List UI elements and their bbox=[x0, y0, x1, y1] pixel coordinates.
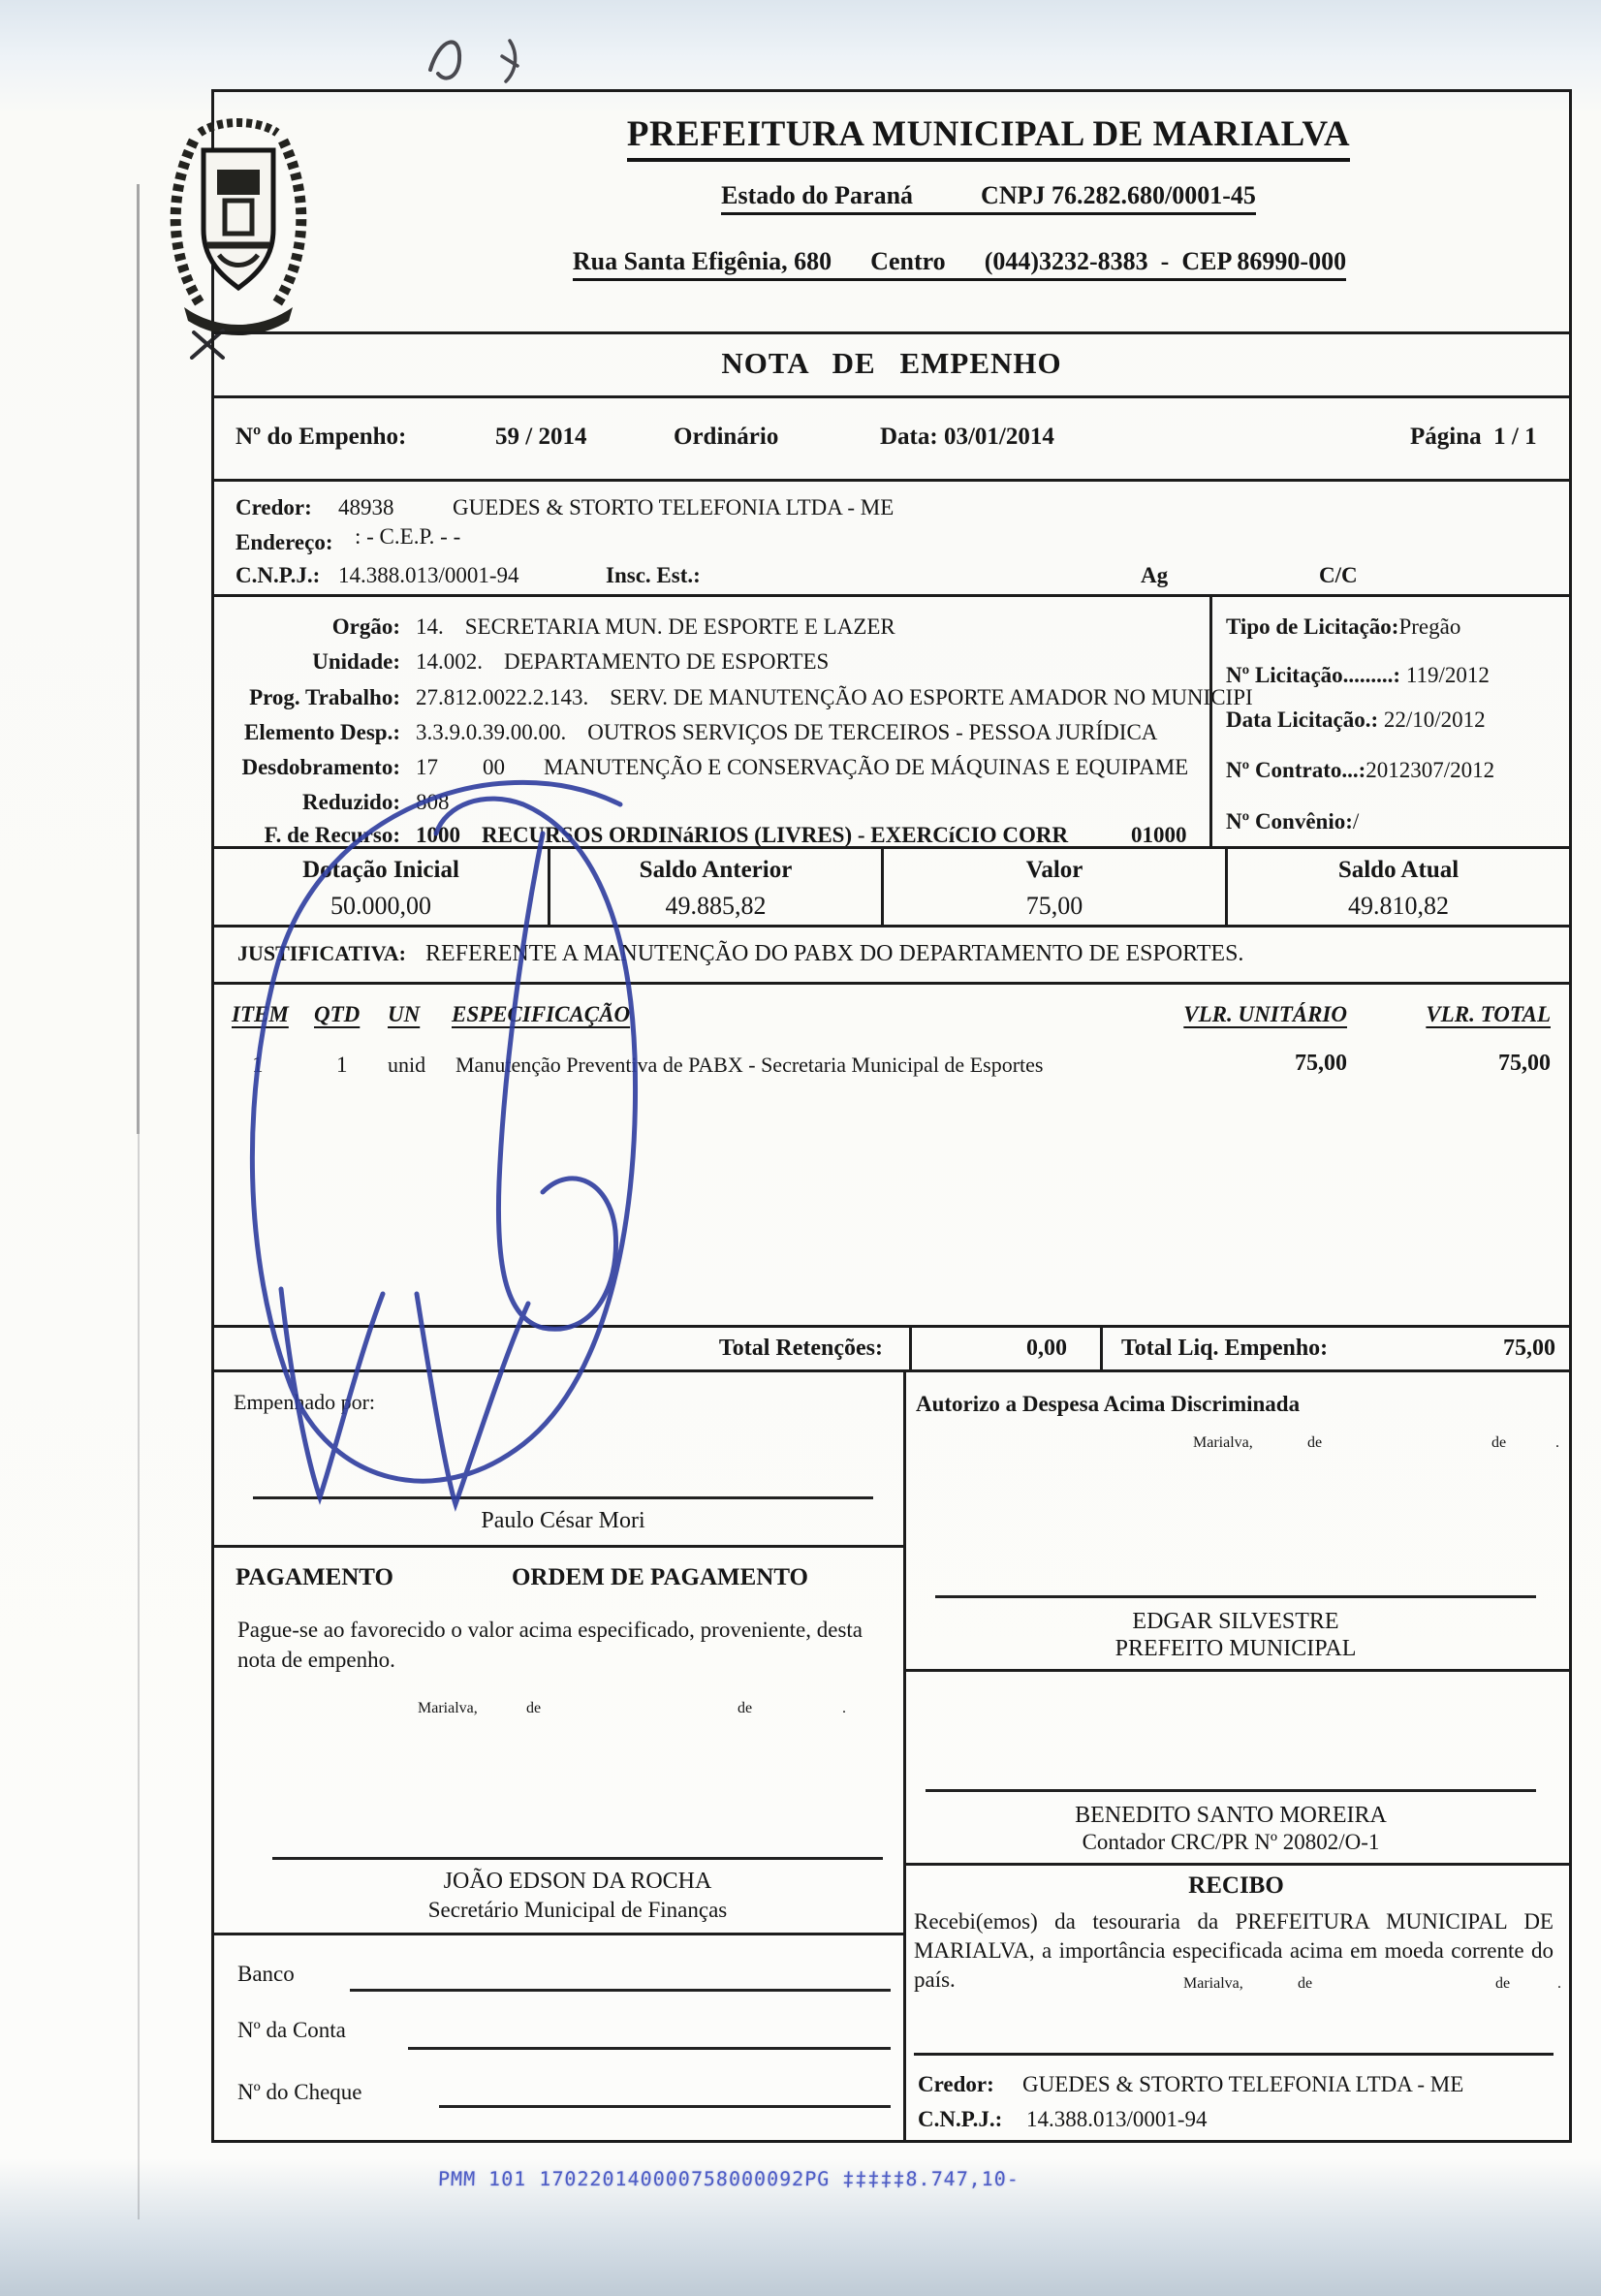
budget-row-prog-trabalho: Prog. Trabalho:27.812.0022.2.143.SERV. D… bbox=[224, 685, 1191, 710]
col-value: 75,00 bbox=[884, 892, 1225, 921]
banco-label: Banco bbox=[237, 1962, 295, 1987]
row-code: 3.3.9.0.39.00.00. bbox=[416, 720, 566, 744]
row-code: 17 bbox=[416, 755, 438, 779]
recibo-credor-name: GUEDES & STORTO TELEFONIA LTDA - ME bbox=[1022, 2072, 1463, 2097]
row-label: Prog. Trabalho: bbox=[224, 685, 400, 710]
lic-value: 2012307/2012 bbox=[1366, 758, 1494, 782]
recibo-title: RECIBO bbox=[903, 1872, 1569, 1900]
item-description: Manutenção Preventiva de PABX - Secretar… bbox=[455, 1053, 1043, 1078]
item-qty: 1 bbox=[336, 1053, 348, 1078]
lic-row-tipo: Tipo de Licitação:Pregão bbox=[1226, 614, 1460, 640]
item-unit-value: 75,00 bbox=[1173, 1051, 1347, 1077]
item-unit: unid bbox=[388, 1053, 425, 1078]
row-label: Unidade: bbox=[224, 649, 400, 675]
col-header: Valor bbox=[884, 857, 1225, 884]
dotacao-col-saldo-atual: Saldo Atual 49.810,82 bbox=[1228, 849, 1569, 925]
ordem-de-pagamento-title: ORDEM DE PAGAMENTO bbox=[456, 1564, 863, 1591]
city-of1: de bbox=[1307, 1434, 1322, 1452]
signer-benedito-role: Contador CRC/PR Nº 20802/O-1 bbox=[926, 1830, 1536, 1855]
cnpj-label: C.N.P.J.: bbox=[235, 563, 320, 588]
scanned-document-page: { "header": { "title": "PREFEITURA MUNIC… bbox=[0, 0, 1601, 2296]
items-header-item: ITEM bbox=[232, 1002, 289, 1027]
doc-title: NOTA DE EMPENHO bbox=[214, 346, 1569, 381]
page-value: 1 / 1 bbox=[1493, 424, 1536, 450]
state-cnpj-line: Estado do ParanáCNPJ 76.282.680/0001-45 bbox=[721, 181, 1256, 215]
budget-band: Orgão:14.SECRETARIA MUN. DE ESPORTE E LA… bbox=[211, 594, 1572, 849]
cheque-label: Nº do Cheque bbox=[237, 2080, 362, 2105]
ag-label: Ag bbox=[1141, 563, 1168, 588]
date-value: 03/01/2014 bbox=[944, 424, 1054, 450]
header-subline: Estado do ParanáCNPJ 76.282.680/0001-45 bbox=[427, 181, 1550, 215]
lic-row-contrato: Nº Contrato...:2012307/2012 bbox=[1226, 758, 1494, 783]
endereco-label: Endereço: bbox=[235, 530, 333, 555]
justificativa-line: JUSTIFICATIVA: REFERENTE A MANUTENÇÃO DO… bbox=[237, 941, 1243, 967]
signature-line-financas bbox=[272, 1857, 883, 1860]
total-retencoes-label: Total Retenções: bbox=[621, 1336, 883, 1362]
pagamento-body-text: Pague-se ao favorecido o valor acima esp… bbox=[237, 1615, 872, 1675]
row-code: 14.002. bbox=[416, 649, 483, 674]
conta-label: Nº da Conta bbox=[237, 2018, 346, 2043]
lic-label: Nº Contrato...: bbox=[1226, 758, 1366, 782]
budget-row-elemento: Elemento Desp.:3.3.9.0.39.00.00.OUTROS S… bbox=[224, 720, 1191, 745]
row-desc: RECURSOS ORDINáRIOS (LIVRES) - EXERCíCIO… bbox=[482, 823, 1068, 847]
col-header: Dotação Inicial bbox=[214, 857, 548, 884]
empenho-number: 59 / 2014 bbox=[495, 424, 586, 451]
col-header: Saldo Atual bbox=[1228, 857, 1569, 884]
signer-benedito: BENEDITO SANTO MOREIRA bbox=[926, 1803, 1536, 1829]
dash: - bbox=[1161, 247, 1170, 275]
row-label: F. de Recurso: bbox=[224, 823, 400, 848]
justificativa-text: REFERENTE A MANUTENÇÃO DO PABX DO DEPART… bbox=[425, 941, 1243, 966]
empenho-info-band: Nº do Empenho: 59 / 2014 Ordinário Data:… bbox=[211, 395, 1572, 482]
state-label: Estado do Paraná bbox=[721, 181, 913, 209]
budget-row-desdobramento: Desdobramento:1700MANUTENÇÃO E CONSERVAÇ… bbox=[224, 755, 1191, 780]
row-code: 14. bbox=[416, 614, 444, 639]
lic-row-numero: Nº Licitação.........: 119/2012 bbox=[1226, 663, 1490, 688]
header-title-wrap: PREFEITURA MUNICIPAL DE MARIALVA bbox=[427, 113, 1550, 162]
row-code2: 00 bbox=[483, 755, 505, 779]
row-label: Reduzido: bbox=[224, 790, 400, 815]
pagamento-title: PAGAMENTO bbox=[235, 1564, 393, 1591]
row-code: 808 bbox=[416, 790, 450, 814]
header-box: PREFEITURA MUNICIPAL DE MARIALVA Estado … bbox=[211, 89, 1572, 334]
f-recurso-extra-code: 01000 bbox=[1131, 823, 1187, 848]
scan-edge-artifact bbox=[137, 184, 140, 1134]
signer-joao-role: Secretário Municipal de Finanças bbox=[272, 1898, 883, 1923]
scan-edge-artifact bbox=[138, 1134, 140, 2219]
row-code: 27.812.0022.2.143. bbox=[416, 685, 588, 709]
recibo-credor-divider bbox=[914, 2053, 1554, 2056]
endereco-value: : - C.E.P. - - bbox=[355, 524, 460, 550]
header-address-line: Rua Santa Efigênia, 680Centro(044)3232-8… bbox=[369, 247, 1550, 281]
city-dot: . bbox=[1557, 1975, 1561, 1993]
items-header-vlr-unitario: VLR. UNITÁRIO bbox=[1173, 1002, 1347, 1027]
dotacao-band: Dotação Inicial 50.000,00 Saldo Anterior… bbox=[211, 846, 1572, 928]
prefeito-section-divider bbox=[903, 1669, 1569, 1672]
cnpj-value: 14.388.013/0001-94 bbox=[338, 563, 519, 588]
dotacao-col-valor: Valor 75,00 bbox=[884, 849, 1228, 925]
conta-fill-line bbox=[408, 2047, 891, 2050]
doc-title-band: NOTA DE EMPENHO bbox=[211, 331, 1572, 398]
items-header-vlr-total: VLR. TOTAL bbox=[1396, 1002, 1551, 1027]
totals-divider-1 bbox=[909, 1328, 912, 1369]
row-label: Orgão: bbox=[224, 614, 400, 640]
lic-label: Nº Convênio: bbox=[1226, 809, 1353, 833]
col-value: 49.810,82 bbox=[1228, 892, 1569, 921]
city-name: Marialva, bbox=[1183, 1975, 1243, 1993]
column-divider bbox=[903, 1372, 906, 2140]
recibo-credor-label: Credor: bbox=[918, 2072, 994, 2097]
district: Centro bbox=[870, 247, 946, 275]
city-of2: de bbox=[738, 1700, 752, 1717]
signature-line-contador bbox=[926, 1789, 1536, 1792]
city-of1: de bbox=[526, 1700, 541, 1717]
empenho-date: Data: 03/01/2014 bbox=[880, 424, 1054, 451]
row-code: 1000 bbox=[416, 823, 460, 847]
total-retencoes-value: 0,00 bbox=[951, 1336, 1067, 1362]
items-header-espec: ESPECIFICAÇÃO bbox=[452, 1002, 630, 1027]
items-header-un: UN bbox=[388, 1002, 420, 1027]
signer-edgar-silvestre: EDGAR SILVESTRE bbox=[935, 1609, 1536, 1635]
row-desc: MANUTENÇÃO E CONSERVAÇÃO DE MÁQUINAS E E… bbox=[544, 755, 1188, 779]
licitacao-box: Tipo de Licitação:Pregão Nº Licitação...… bbox=[1209, 597, 1569, 846]
justificativa-label: JUSTIFICATIVA: bbox=[237, 941, 406, 965]
row-desc: SERV. DE MANUTENÇÃO AO ESPORTE AMADOR NO… bbox=[610, 685, 1252, 709]
pagamento-top-divider bbox=[214, 1545, 903, 1548]
date-label: Data: bbox=[880, 424, 938, 450]
insc-est-label: Insc. Est.: bbox=[606, 563, 701, 588]
phone: (044)3232-8383 bbox=[985, 247, 1148, 275]
recibo-section-divider bbox=[903, 1863, 1569, 1866]
items-band: ITEM QTD UN ESPECIFICAÇÃO VLR. UNITÁRIO … bbox=[211, 982, 1572, 1328]
page-label: Página bbox=[1410, 424, 1482, 450]
dot-matrix-stamp: PMM 101 170220140000758000092PG ‡‡‡‡‡8.7… bbox=[438, 2167, 1020, 2190]
row-desc: OUTROS SERVIÇOS DE TERCEIROS - PESSOA JU… bbox=[587, 720, 1157, 744]
credor-band: Credor: 48938 GUEDES & STORTO TELEFONIA … bbox=[211, 479, 1572, 597]
total-liquido-value: 75,00 bbox=[1416, 1336, 1555, 1362]
city-of2: de bbox=[1495, 1975, 1510, 1993]
empenho-number-label: Nº do Empenho: bbox=[235, 424, 406, 451]
lic-label: Tipo de Licitação: bbox=[1226, 614, 1398, 639]
credor-code: 48938 bbox=[338, 495, 394, 520]
item-total-value: 75,00 bbox=[1396, 1051, 1551, 1077]
signature-line-prefeito bbox=[935, 1595, 1536, 1598]
lic-label: Data Licitação.: bbox=[1226, 708, 1378, 732]
recibo-cnpj-label: C.N.P.J.: bbox=[918, 2107, 1002, 2132]
org-title: PREFEITURA MUNICIPAL DE MARIALVA bbox=[627, 113, 1350, 162]
signer-edgar-role: PREFEITO MUNICIPAL bbox=[935, 1636, 1536, 1662]
col-header: Saldo Anterior bbox=[550, 857, 881, 884]
col-value: 50.000,00 bbox=[214, 892, 548, 921]
signer-joao-edson: JOÃO EDSON DA ROCHA bbox=[272, 1869, 883, 1895]
city-of2: de bbox=[1491, 1434, 1506, 1452]
budget-row-unidade: Unidade:14.002.DEPARTAMENTO DE ESPORTES bbox=[224, 649, 1191, 675]
justificativa-band: JUSTIFICATIVA: REFERENTE A MANUTENÇÃO DO… bbox=[211, 925, 1572, 985]
lic-value: Pregão bbox=[1398, 614, 1460, 639]
signature-line-empenhado bbox=[253, 1496, 873, 1499]
city-name: Marialva, bbox=[1193, 1434, 1253, 1452]
budget-row-reduzido: Reduzido:808 bbox=[224, 790, 1191, 815]
street: Rua Santa Efigênia, 680 bbox=[573, 247, 832, 275]
row-desc: DEPARTAMENTO DE ESPORTES bbox=[504, 649, 829, 674]
credor-name: GUEDES & STORTO TELEFONIA LTDA - ME bbox=[453, 495, 894, 520]
dotacao-col-inicial: Dotação Inicial 50.000,00 bbox=[214, 849, 550, 925]
page-indicator: Página 1 / 1 bbox=[1410, 424, 1537, 451]
budget-row-f-recurso: F. de Recurso:1000RECURSOS ORDINáRIOS (L… bbox=[224, 823, 1191, 848]
pen-mark bbox=[417, 23, 552, 97]
coat-of-arms-logo bbox=[161, 100, 316, 360]
city-dot: . bbox=[842, 1700, 846, 1717]
lic-row-data: Data Licitação.: 22/10/2012 bbox=[1226, 708, 1486, 733]
city-dot: . bbox=[1555, 1434, 1559, 1452]
signatures-band: Empenhado por: Paulo César Mori PAGAMENT… bbox=[211, 1369, 1572, 2143]
budget-row-orgao: Orgão:14.SECRETARIA MUN. DE ESPORTE E LA… bbox=[224, 614, 1191, 640]
banco-fill-line bbox=[350, 1989, 891, 1992]
credor-label: Credor: bbox=[235, 495, 312, 520]
address-line: Rua Santa Efigênia, 680Centro(044)3232-8… bbox=[573, 247, 1346, 281]
org-cnpj: CNPJ 76.282.680/0001-45 bbox=[981, 181, 1256, 209]
lic-row-convenio: Nº Convênio:/ bbox=[1226, 809, 1359, 834]
items-header-qtd: QTD bbox=[314, 1002, 360, 1027]
col-value: 49.885,82 bbox=[550, 892, 881, 921]
cc-label: C/C bbox=[1319, 563, 1358, 588]
banco-section-divider bbox=[214, 1933, 903, 1935]
empenhado-por-label: Empenhado por: bbox=[234, 1390, 375, 1415]
signer-paulo-cesar-mori: Paulo César Mori bbox=[253, 1508, 873, 1534]
city-of1: de bbox=[1298, 1975, 1312, 1993]
cep: CEP 86990-000 bbox=[1181, 247, 1346, 275]
lic-value: / bbox=[1353, 809, 1359, 833]
row-label: Elemento Desp.: bbox=[224, 720, 400, 745]
lic-value: 119/2012 bbox=[1406, 663, 1490, 687]
cheque-fill-line bbox=[439, 2105, 891, 2108]
dotacao-col-saldo-anterior: Saldo Anterior 49.885,82 bbox=[550, 849, 884, 925]
row-desc: SECRETARIA MUN. DE ESPORTE E LAZER bbox=[465, 614, 895, 639]
totals-divider-2 bbox=[1100, 1328, 1103, 1369]
item-number: 1 bbox=[252, 1053, 264, 1078]
autorizo-title: Autorizo a Despesa Acima Discriminada bbox=[916, 1392, 1300, 1417]
totals-band: Total Retenções: 0,00 Total Liq. Empenho… bbox=[211, 1325, 1572, 1372]
empenho-type: Ordinário bbox=[674, 424, 778, 451]
lic-label: Nº Licitação.........: bbox=[1226, 663, 1400, 687]
recibo-cnpj-value: 14.388.013/0001-94 bbox=[1026, 2107, 1208, 2132]
total-liquido-label: Total Liq. Empenho: bbox=[1121, 1336, 1328, 1362]
lic-value: 22/10/2012 bbox=[1384, 708, 1486, 732]
row-label: Desdobramento: bbox=[224, 755, 400, 780]
city-name: Marialva, bbox=[418, 1700, 478, 1717]
